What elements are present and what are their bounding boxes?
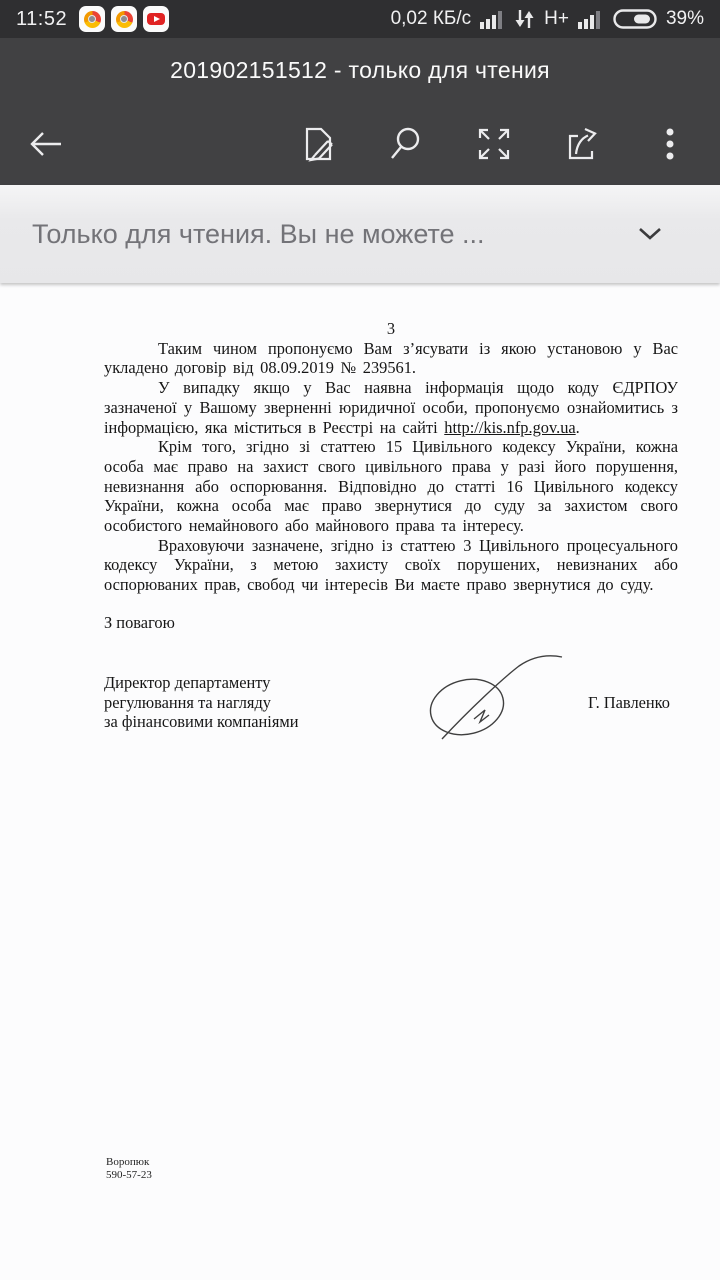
signer-title: Директор департаменту регулювання та наг… bbox=[104, 673, 416, 732]
signer-title-line: за фінансовими компаніями bbox=[104, 712, 416, 732]
signal-bars-icon bbox=[480, 9, 506, 29]
paragraph: У випадку якщо у Вас наявна інформація щ… bbox=[104, 378, 678, 437]
battery-percent: 39% bbox=[666, 8, 704, 30]
paragraph: Крім того, згідно зі статтею 15 Цивільно… bbox=[104, 437, 678, 536]
chrome-notification-icon-2 bbox=[111, 6, 137, 32]
status-indicators: 0,02 КБ/с H+ bbox=[391, 8, 704, 30]
paragraph: Таким чином пропонуємо Вам з’ясувати із … bbox=[104, 339, 678, 378]
paragraph-text: У випадку якщо у Вас наявна інформація щ… bbox=[104, 378, 678, 436]
back-button[interactable] bbox=[24, 117, 68, 171]
toolbar-actions bbox=[296, 117, 696, 171]
chrome-notification-icon bbox=[79, 6, 105, 32]
fullscreen-button[interactable] bbox=[472, 117, 516, 171]
signer-title-line: регулювання та нагляду bbox=[104, 693, 416, 713]
status-time: 11:52 bbox=[16, 8, 67, 31]
signature-block: Директор департаменту регулювання та наг… bbox=[104, 655, 678, 751]
network-speed: 0,02 КБ/с bbox=[391, 8, 472, 30]
search-icon bbox=[389, 126, 423, 162]
chrome-icon bbox=[116, 11, 133, 28]
signer-title-line: Директор департаменту bbox=[104, 673, 416, 693]
status-bar: 11:52 0,02 КБ/с H+ bbox=[0, 0, 720, 38]
signal-bars-icon-2 bbox=[578, 9, 604, 29]
signer-name: Г. Павленко bbox=[588, 693, 678, 713]
signature-area bbox=[416, 655, 588, 751]
fullscreen-expand-icon bbox=[476, 126, 512, 162]
executor-name: Воропюк bbox=[106, 1156, 152, 1169]
executor-phone: 590-57-23 bbox=[106, 1169, 152, 1182]
executor-footer: Воропюк 590-57-23 bbox=[106, 1156, 152, 1182]
screen: 11:52 0,02 КБ/с H+ bbox=[0, 0, 720, 1280]
app-title-bar: 201902151512 - только для чтения bbox=[0, 38, 720, 102]
back-arrow-icon bbox=[28, 131, 64, 157]
toolbar bbox=[0, 102, 720, 185]
youtube-notification-icon bbox=[143, 6, 169, 32]
page-number: 3 bbox=[104, 319, 678, 339]
registry-link: http://kis.nfp.gov.ua bbox=[444, 418, 575, 437]
readonly-banner[interactable]: Только для чтения. Вы не можете ... bbox=[0, 185, 720, 283]
readonly-banner-text: Только для чтения. Вы не можете ... bbox=[32, 219, 485, 250]
chevron-down-icon[interactable] bbox=[636, 226, 664, 242]
data-activity-arrows-icon bbox=[515, 8, 535, 30]
overflow-menu-button[interactable] bbox=[648, 117, 692, 171]
battery-icon bbox=[613, 9, 657, 29]
edit-button[interactable] bbox=[296, 117, 340, 171]
more-vertical-icon bbox=[665, 126, 675, 162]
paragraph-text: . bbox=[576, 418, 580, 437]
document-title: 201902151512 - только для чтения bbox=[170, 57, 550, 84]
network-type-badge: H+ bbox=[544, 8, 569, 30]
handwritten-signature-icon bbox=[420, 649, 570, 749]
paragraph: Враховуючи зазначене, згідно із статтею … bbox=[104, 536, 678, 595]
youtube-icon bbox=[147, 13, 165, 25]
closing-salutation: З повагою bbox=[104, 613, 678, 633]
share-button[interactable] bbox=[560, 117, 604, 171]
search-button[interactable] bbox=[384, 117, 428, 171]
chrome-icon bbox=[84, 11, 101, 28]
share-icon bbox=[563, 126, 601, 162]
document-page[interactable]: 3 Таким чином пропонуємо Вам з’ясувати і… bbox=[0, 283, 720, 1280]
edit-document-icon bbox=[300, 125, 336, 163]
